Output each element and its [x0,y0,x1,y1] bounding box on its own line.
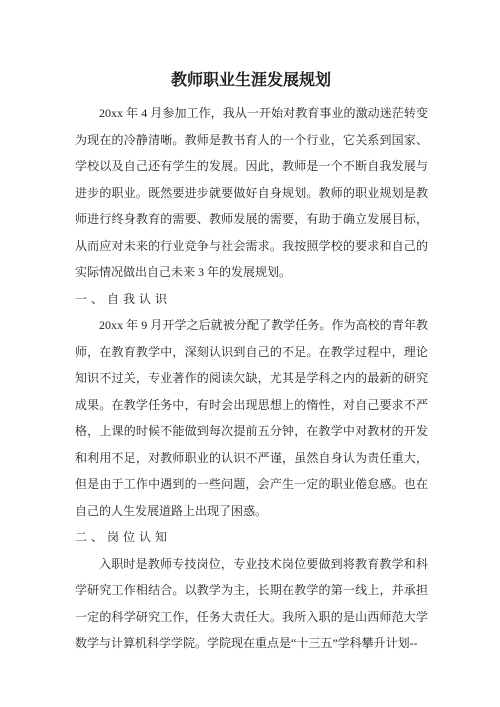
section-heading: 一、自我认识 [75,286,428,313]
paragraph-line: 20xx 年 9 月开学之后就被分配了教学任务。作为高校的青年教 [75,312,428,339]
paragraph-line: 师，在教育教学中，深刻认识到自己的不足。在教学过程中，理论 [75,339,428,366]
paragraph-line: 进步的职业。既然要进步就要做好自身规划。教师的职业规划是教 [75,180,428,207]
paragraph-line: 数学与计算机科学学院。学院现在重点是“十三五”学科攀升计划-- [75,630,428,657]
paragraph-line: 知识不过关，专业著作的阅读欠缺，尤其是学科之内的最新的研究 [75,365,428,392]
paragraph-line: 学研究工作相结合。以教学为主，长期在教学的第一线上，并承担 [75,577,428,604]
paragraph-line: 师进行终身教育的需要、教师发展的需要，有助于确立发展目标， [75,206,428,233]
paragraph-line: 格，上课的时候不能做到每次提前五分钟，在教学中对教材的开发 [75,418,428,445]
paragraph-line: 为现在的冷静清晰。教师是教书育人的一个行业，它关系到国家、 [75,127,428,154]
paragraph-line: 成果。在教学任务中，有时会出现思想上的惰性，对自己要求不严 [75,392,428,419]
paragraph-line: 一定的科学研究工作，任务大责任大。我所入职的是山西师范大学 [75,604,428,631]
paragraph-line: 学校以及自己还有学生的发展。因此，教师是一个不断自我发展与 [75,153,428,180]
document-body: 20xx 年 4 月参加工作，我从一开始对教育事业的激动迷茫转变为现在的冷静清晰… [75,100,428,657]
paragraph-line: 20xx 年 4 月参加工作，我从一开始对教育事业的激动迷茫转变 [75,100,428,127]
page-title: 教师职业生涯发展规划 [75,71,427,91]
paragraph-line: 从而应对未来的行业竞争与社会需求。我按照学校的要求和自己的 [75,233,428,260]
paragraph-line: 自己的人生发展道路上出现了困惑。 [75,498,428,525]
paragraph-line: 入职时是教师专技岗位，专业技术岗位要做到将教育教学和科 [75,551,428,578]
paragraph-line: 实际情况做出自己未来 3 年的发展规划。 [75,259,428,286]
paragraph-line: 但是由于工作中遇到的一些问题，会产生一定的职业倦怠感。也在 [75,471,428,498]
paragraph-line: 和利用不足，对教师职业的认识不严谨，虽然自身认为责任重大， [75,445,428,472]
section-heading: 二、岗位认知 [75,524,428,551]
document-page: 教师职业生涯发展规划 20xx 年 4 月参加工作，我从一开始对教育事业的激动迷… [0,0,500,707]
